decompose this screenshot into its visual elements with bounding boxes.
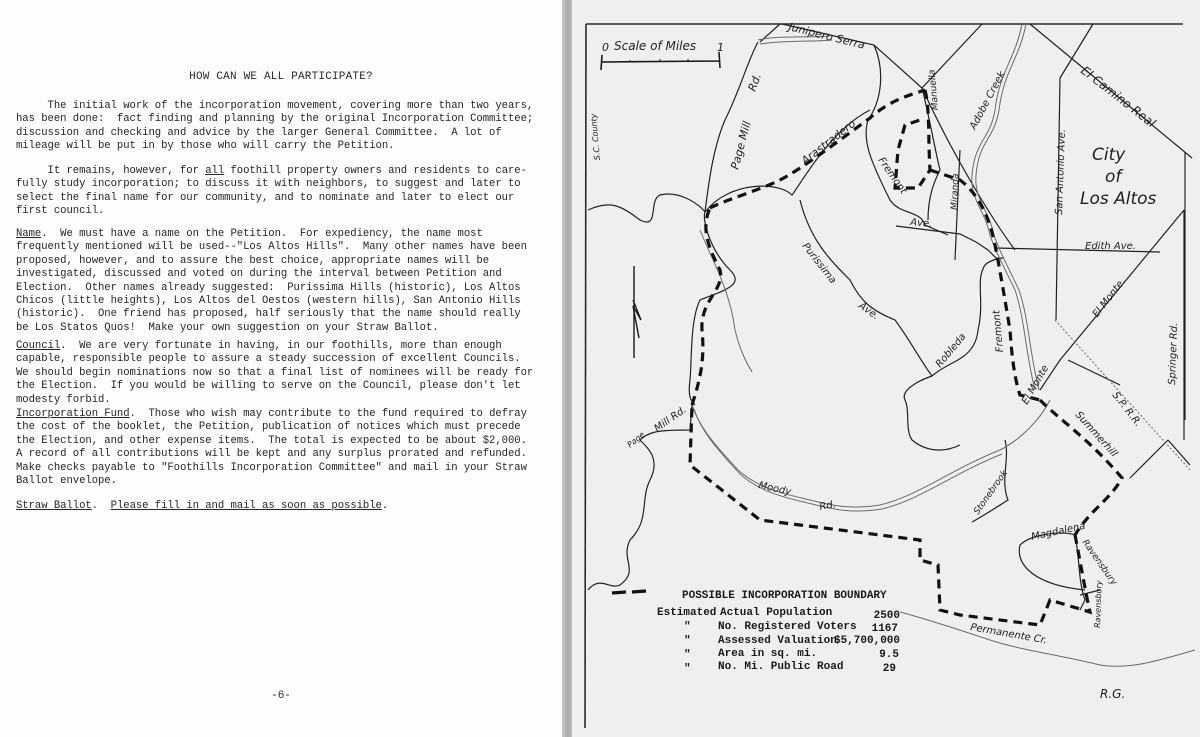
legend-label: No. Registered Voters xyxy=(718,621,857,633)
section-heading: Council xyxy=(16,340,60,352)
section-body: . xyxy=(92,500,111,512)
section-incorporation-fund: Incorporation Fund. Those who wish may c… xyxy=(16,408,536,488)
scale-label: Scale of Miles xyxy=(614,39,696,53)
scale-one-label: 1 xyxy=(717,41,724,54)
label-springer-rd: Springer Rd. xyxy=(1167,323,1180,386)
straw-ballot-instruction: Please fill in and mail as soon as possi… xyxy=(111,500,382,512)
map-labels: Junipero Serra Page Mill Rd. Arastradero… xyxy=(589,20,1180,647)
label-ravensbury-2: Ravensbury xyxy=(1093,580,1104,628)
label-fremont-upper: Fremont xyxy=(876,155,910,197)
section-body: . We are very fortunate in having, in ou… xyxy=(16,340,533,406)
legend-label: Area in sq. mi. xyxy=(718,648,817,660)
creeks xyxy=(692,24,1195,666)
paragraph-text: It remains, however, for xyxy=(16,165,205,177)
label-county: S.C. County xyxy=(589,113,602,161)
label-fremont-ave: Ave. xyxy=(909,217,933,230)
page-gutter xyxy=(562,0,572,737)
legend-prefix: " xyxy=(684,635,691,647)
legend-prefix: Estimated xyxy=(657,607,716,619)
section-straw-ballot: Straw Ballot. Please fill in and mail as… xyxy=(16,500,536,513)
legend-prefix: " xyxy=(684,649,691,661)
city-label-line-3: Los Altos xyxy=(1080,189,1157,209)
section-heading: Name xyxy=(16,228,41,240)
legend-value: $5,700,000 xyxy=(834,635,900,647)
legend-prefix: " xyxy=(684,621,691,633)
legend-value: 9.5 xyxy=(879,649,899,661)
section-heading: Incorporation Fund xyxy=(16,408,130,420)
page-title: HOW CAN WE ALL PARTICIPATE? xyxy=(0,71,562,83)
incorporation-map: 0 Scale of Miles 1 xyxy=(572,0,1200,737)
label-page-mill-rd: Rd. xyxy=(746,72,764,93)
section-council: Council. We are very fortunate in having… xyxy=(16,340,536,407)
section-body: . xyxy=(382,500,388,512)
legend-label: No. Mi. Public Road xyxy=(718,661,843,673)
legend-label: Assessed Valuation xyxy=(718,635,837,647)
legend-prefix: " xyxy=(684,663,691,675)
legend-label: Actual Population xyxy=(720,607,832,619)
section-heading: Straw Ballot xyxy=(16,500,92,512)
map-legend: POSSIBLE INCORPORATION BOUNDARY Estimate… xyxy=(612,590,900,675)
section-name: Name. We must have a name on the Petitio… xyxy=(16,228,536,335)
west-road xyxy=(588,440,654,590)
label-manuella: Manuella xyxy=(927,69,941,110)
label-el-camino-real: El Camino Real xyxy=(1078,63,1159,130)
scale-bar xyxy=(601,52,720,70)
label-stonebrook: Stonebrook xyxy=(972,468,1010,517)
label-moody: Moody xyxy=(757,480,793,498)
intro-paragraph: The initial work of the incorporation mo… xyxy=(16,100,536,154)
emphasis-all: all xyxy=(205,165,224,177)
participation-paragraph: It remains, however, for all foothill pr… xyxy=(16,165,536,219)
label-magdalena: Magdalena xyxy=(1030,521,1086,543)
document-page: HOW CAN WE ALL PARTICIPATE? The initial … xyxy=(0,0,562,737)
page-number: -6- xyxy=(0,690,562,702)
label-page-lower: Page xyxy=(626,430,647,450)
section-body: . We must have a name on the Petition. F… xyxy=(16,228,527,334)
legend-value: 29 xyxy=(883,663,896,675)
label-sp-rr: S.P. R.R. xyxy=(1110,390,1144,429)
legend-boundary-label: POSSIBLE INCORPORATION BOUNDARY xyxy=(682,590,887,602)
label-el-monte-upper: El Monte xyxy=(1091,279,1126,320)
label-moody-rd: Rd. xyxy=(819,499,837,513)
label-arastradero: Arastradero xyxy=(798,117,858,168)
map-page: 0 Scale of Miles 1 xyxy=(572,0,1200,737)
label-edith-ave: Edith Ave. xyxy=(1085,241,1136,252)
legend-value: 1167 xyxy=(872,623,898,635)
city-label-line-1: City xyxy=(1092,145,1126,165)
label-purissima: Purissima xyxy=(800,241,838,286)
label-adobe-creek: Adobe Creek xyxy=(967,69,1008,133)
boundary-legend-swatch xyxy=(612,591,646,593)
scale-zero-label: 0 xyxy=(602,41,609,54)
label-page-mill: Page Mill xyxy=(728,120,753,171)
north-arrow-icon xyxy=(633,266,641,358)
legend-value: 2500 xyxy=(874,610,900,622)
label-miranda: Miranda xyxy=(950,173,961,210)
label-purissima-ave: Ave. xyxy=(855,300,880,322)
label-fremont-lower: Fremont xyxy=(991,309,1006,353)
artist-signature: R.G. xyxy=(1100,687,1125,701)
label-san-antonio-ave: San Antonio Ave. xyxy=(1054,129,1068,215)
city-label-line-2: of xyxy=(1105,167,1124,187)
